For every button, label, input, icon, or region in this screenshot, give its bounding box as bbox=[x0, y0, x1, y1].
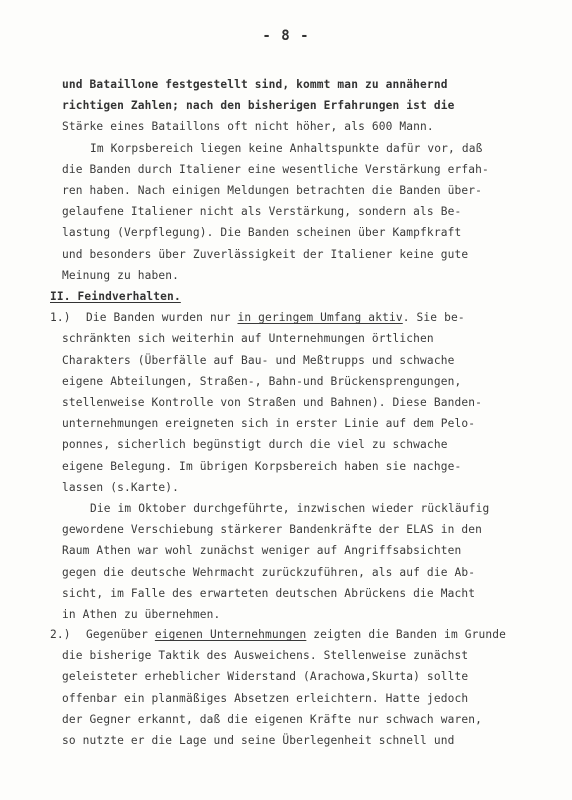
body-line: Charakters (Überfälle auf Bau- und Meßtr… bbox=[62, 354, 454, 368]
body-line: ponnes, sicherlich begünstigt durch die … bbox=[62, 438, 448, 452]
body-line: unternehmungen ereigneten sich in erster… bbox=[62, 417, 475, 431]
body-line: gegen die deutsche Wehrmacht zurückzufüh… bbox=[62, 566, 475, 580]
underlined-phrase: eigenen Unternehmungen bbox=[155, 628, 306, 641]
document-page: - 8 - und Bataillone festgestellt sind, … bbox=[0, 0, 572, 800]
section-heading: II. Feindverhalten. bbox=[50, 290, 181, 304]
body-line: Raum Athen war wohl zunächst weniger auf… bbox=[62, 544, 461, 558]
body-line: gelaufene Italiener nicht als Verstärkun… bbox=[62, 205, 461, 219]
text-run: zeigten die Banden im Grunde bbox=[306, 628, 506, 641]
body-line: in Athen zu übernehmen. bbox=[62, 608, 220, 622]
text-run: . Sie be- bbox=[403, 311, 465, 324]
body-line: stellenweise Kontrolle von Straßen und B… bbox=[62, 396, 482, 410]
body-line: richtigen Zahlen; nach den bisherigen Er… bbox=[62, 99, 454, 113]
body-line: gewordene Verschiebung stärkerer Bandenk… bbox=[62, 523, 482, 537]
body-line: und Bataillone festgestellt sind, kommt … bbox=[62, 78, 448, 92]
body-line: Meinung zu haben. bbox=[62, 269, 179, 283]
body-line: schränkten sich weiterhin auf Unternehmu… bbox=[62, 332, 434, 346]
body-line: Im Korpsbereich liegen keine Anhaltspunk… bbox=[90, 142, 482, 156]
body-line: Gegenüber eigenen Unternehmungen zeigten… bbox=[86, 628, 506, 642]
body-line: und besonders über Zuverlässigkeit der I… bbox=[62, 248, 468, 262]
body-line: die bisherige Taktik des Ausweichens. St… bbox=[62, 649, 468, 663]
item-number: 2.) bbox=[50, 628, 71, 642]
body-line: geleisteter erheblicher Widerstand (Arac… bbox=[62, 670, 468, 684]
body-line: eigene Belegung. Im übrigen Korpsbereich… bbox=[62, 460, 461, 474]
body-line: lassen (s.Karte). bbox=[62, 481, 179, 495]
body-line: so nutzte er die Lage und seine Überlege… bbox=[62, 734, 454, 748]
body-line: Die im Oktober durchgeführte, inzwischen… bbox=[90, 502, 489, 516]
text-run: Gegenüber bbox=[86, 628, 155, 641]
body-line: ren haben. Nach einigen Meldungen betrac… bbox=[62, 184, 482, 198]
body-line: lastung (Verpflegung). Die Banden schein… bbox=[62, 226, 461, 240]
text-run: Die Banden wurden nur bbox=[86, 311, 237, 324]
body-line: die Banden durch Italiener eine wesentli… bbox=[62, 163, 489, 177]
body-line: eigene Abteilungen, Straßen-, Bahn-und B… bbox=[62, 375, 461, 389]
body-line: Die Banden wurden nur in geringem Umfang… bbox=[86, 311, 465, 325]
item-number: 1.) bbox=[50, 311, 71, 325]
body-line: sicht, im Falle des erwarteten deutschen… bbox=[62, 587, 475, 601]
body-line: offenbar ein planmäßiges Absetzen erleic… bbox=[62, 692, 468, 706]
body-line: Stärke eines Bataillons oft nicht höher,… bbox=[62, 120, 434, 134]
underlined-phrase: in geringem Umfang aktiv bbox=[237, 311, 402, 324]
page-number: - 8 - bbox=[0, 28, 572, 44]
body-line: der Gegner erkannt, daß die eigenen Kräf… bbox=[62, 713, 482, 727]
